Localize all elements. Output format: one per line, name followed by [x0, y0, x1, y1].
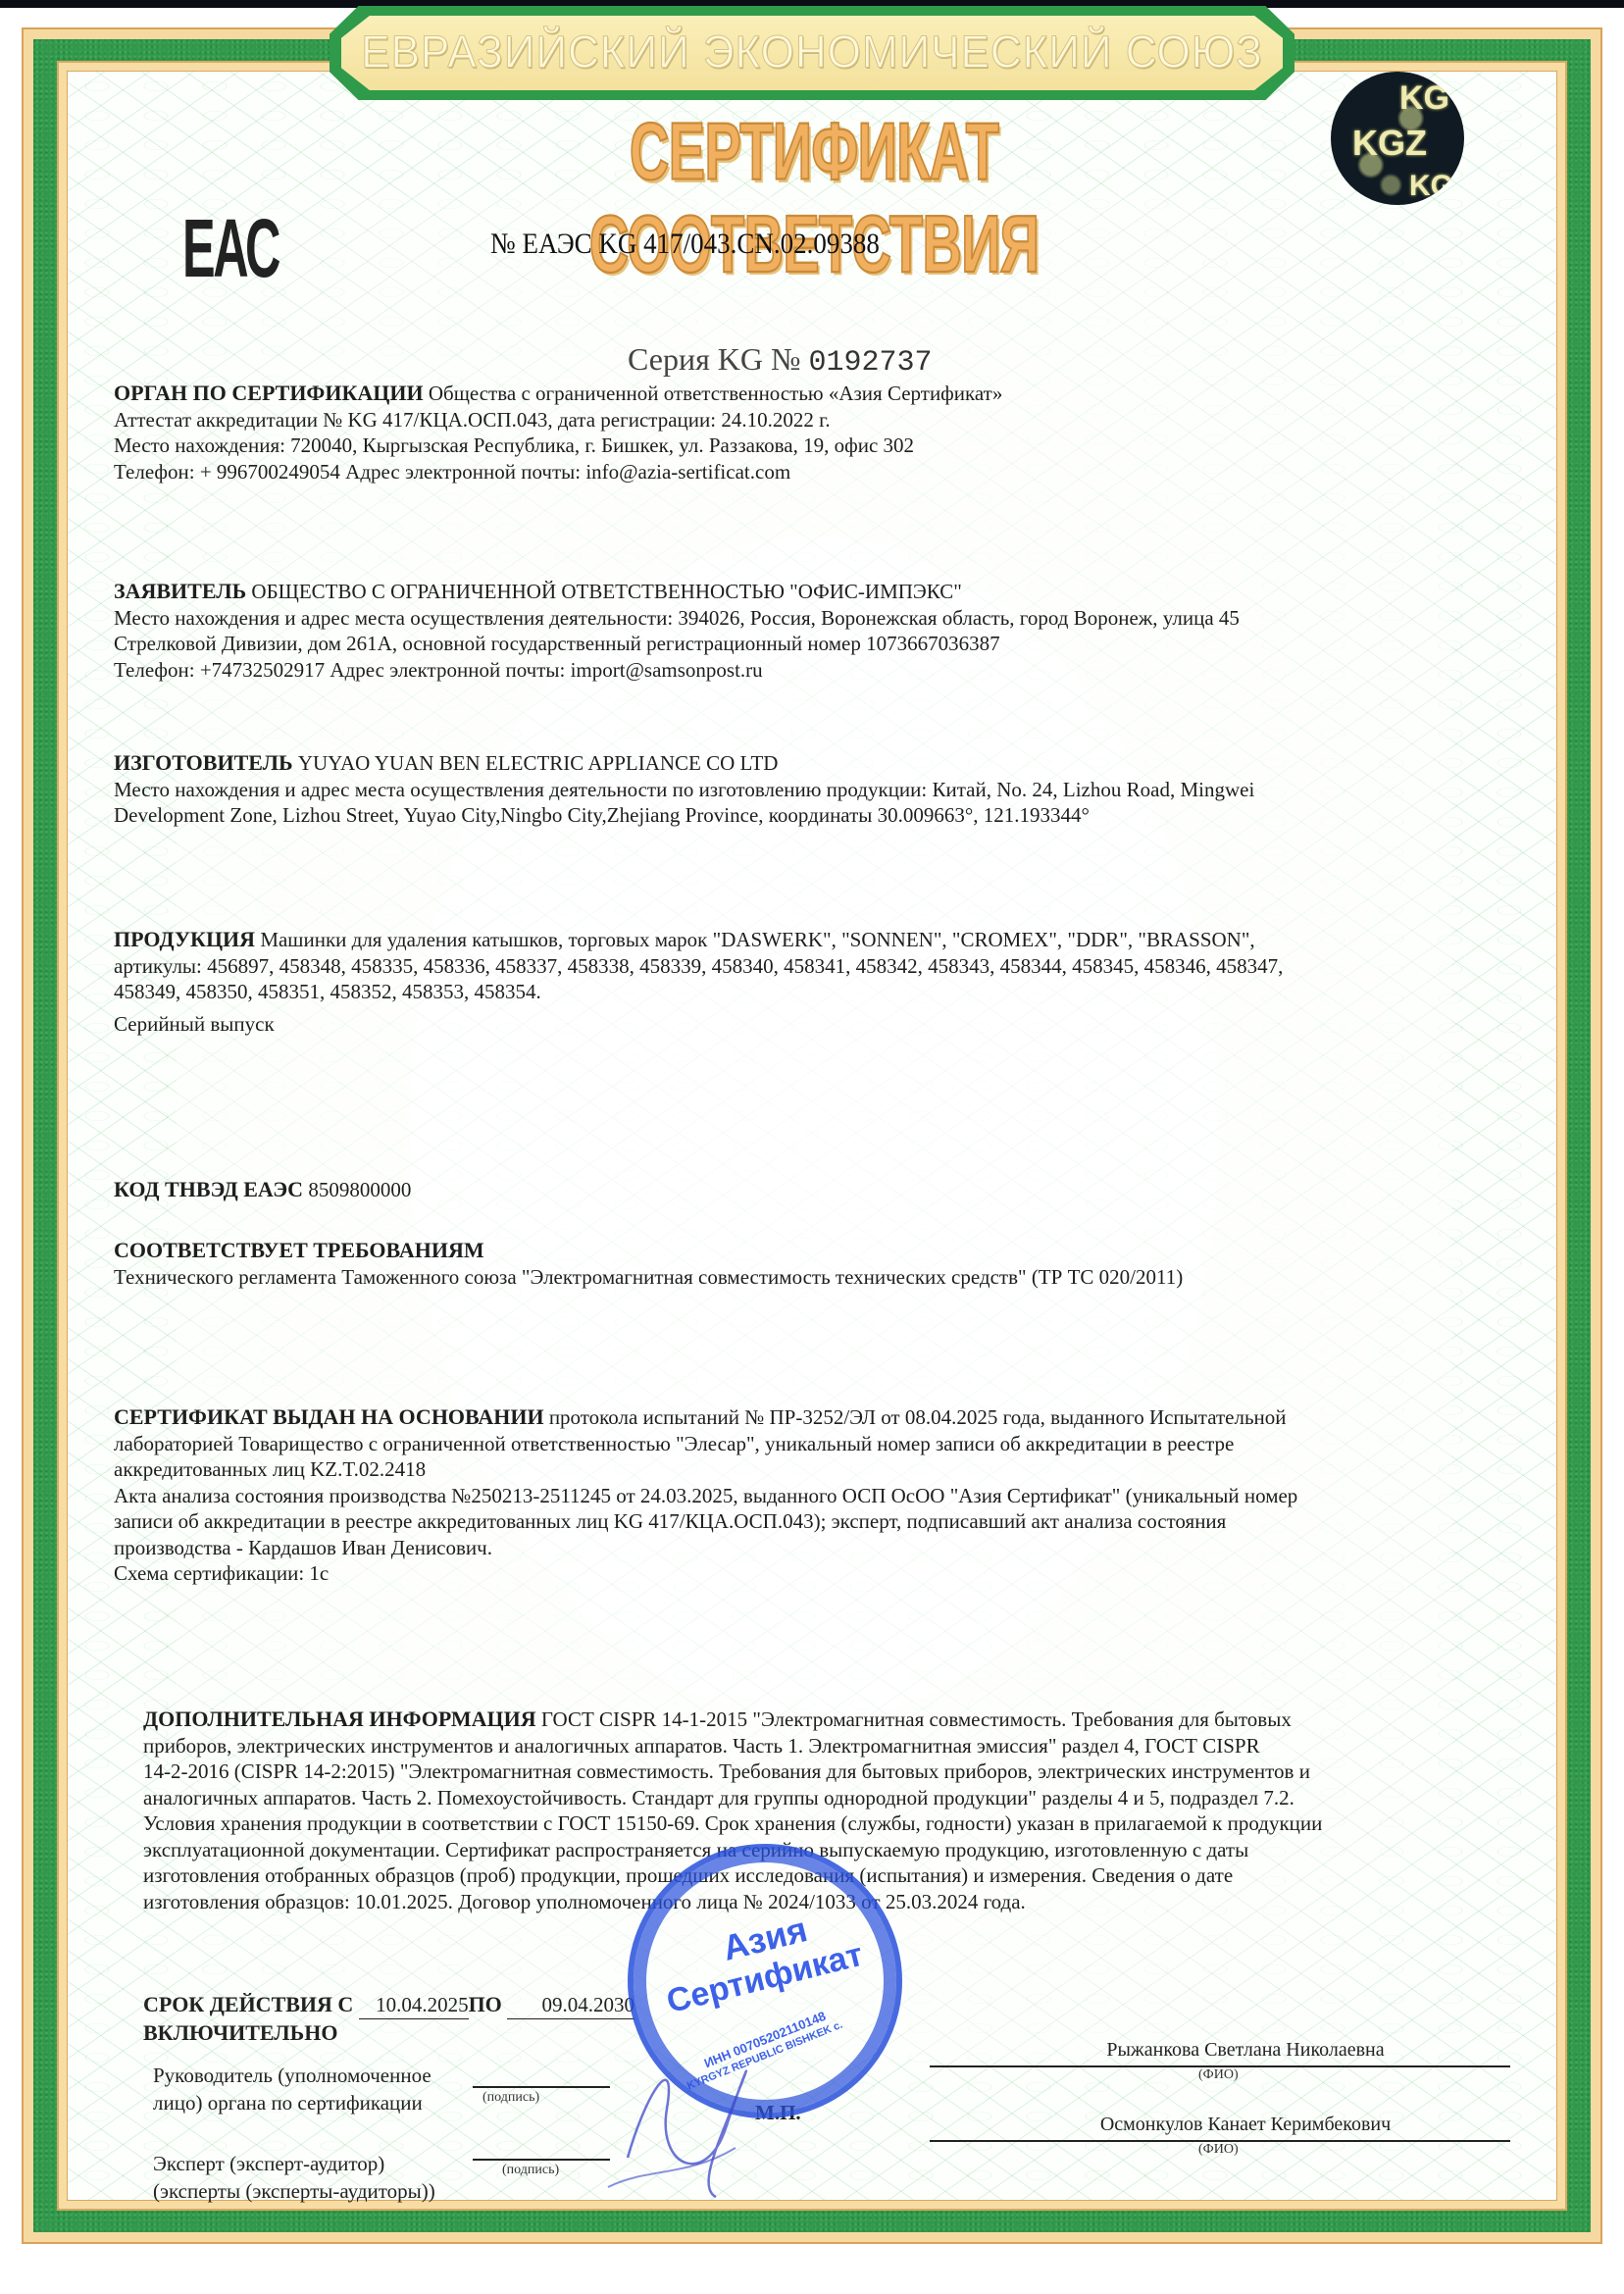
section-text: производства - Кардашов Иван Денисович.: [114, 1535, 1536, 1561]
signature-caption: (подпись): [482, 2090, 539, 2106]
product-section: ПРОДУКЦИЯ Машинки для удаления катышков,…: [114, 927, 1536, 1037]
section-text: 14-2-2016 (CISPR 14-2:2015) "Электромагн…: [143, 1759, 1565, 1785]
section-text: Аттестат аккредитации № KG 417/КЦА.ОСП.0…: [114, 407, 1536, 433]
section-text: Технического регламента Таможенного союз…: [114, 1264, 1536, 1291]
section-label: ПРОДУКЦИЯ: [114, 927, 255, 951]
validity-date-to: 09.04.2030: [507, 1991, 634, 2019]
signature-line: [473, 2086, 610, 2088]
applicant-section: ЗАЯВИТЕЛЬ ОБЩЕСТВО С ОГРАНИЧЕННОЙ ОТВЕТС…: [114, 579, 1536, 683]
section-label: ЗАЯВИТЕЛЬ: [114, 579, 246, 603]
section-text: 458349, 458350, 458351, 458352, 458353, …: [114, 979, 1536, 1005]
conformity-section: СООТВЕТСТВУЕТ ТРЕБОВАНИЯМ Технического р…: [114, 1238, 1536, 1290]
document-title: СЕРТИФИКАТ СООТВЕТСТВИЯ: [500, 106, 1128, 291]
name-caption: (ФИО): [1198, 2142, 1239, 2158]
section-text: Общества с ограниченной ответственностью…: [429, 382, 1003, 405]
hologram-text: KG: [1409, 170, 1453, 203]
section-text: Телефон: +74732502917 Адрес электронной …: [114, 657, 1536, 684]
section-text: ГОСТ CISPR 14-1-2015 "Электромагнитная с…: [541, 1708, 1292, 1731]
seal-mark: М.П.: [755, 2099, 801, 2126]
section-text: Стрелковой Дивизии, дом 261А, основной г…: [114, 631, 1536, 657]
series-value: 0192737: [809, 346, 933, 380]
validity-date-from: 10.04.2025: [359, 1991, 469, 2019]
section-text: Акта анализа состояния производства №250…: [114, 1483, 1536, 1509]
section-label: КОД ТНВЭД ЕАЭС: [114, 1177, 303, 1201]
validity-from-label: СРОК ДЕЙСТВИЯ С: [143, 1992, 353, 2016]
role-text: Руководитель (уполномоченное: [153, 2062, 431, 2089]
section-text: аналогичных аппаратов. Часть 2. Помехоус…: [143, 1785, 1565, 1811]
head-role: Руководитель (уполномоченное лицо) орган…: [153, 2062, 431, 2116]
expert-name: Осмонкулов Канает Керимбекович: [1049, 2111, 1442, 2138]
section-label: ИЗГОТОВИТЕЛЬ: [114, 750, 293, 775]
manufacturer-section: ИЗГОТОВИТЕЛЬ YUYAO YUAN BEN ELECTRIC APP…: [114, 750, 1536, 829]
section-text: Место нахождения и адрес места осуществл…: [114, 777, 1536, 803]
hologram-text: KG: [1399, 79, 1449, 118]
section-text: ОБЩЕСТВО С ОГРАНИЧЕННОЙ ОТВЕТСТВЕННОСТЬЮ…: [251, 580, 961, 603]
union-banner: ЕВРАЗИЙСКИЙ ЭКОНОМИЧЕСКИЙ СОЮЗ: [341, 16, 1283, 90]
validity-to-label: ПО: [469, 1992, 502, 2016]
section-text: артикулы: 456897, 458348, 458335, 458336…: [114, 953, 1536, 980]
validity-inclusive-label: ВКЛЮЧИТЕЛЬНО: [143, 2019, 634, 2047]
signature-caption: (подпись): [502, 2163, 559, 2178]
section-text: Телефон: + 996700249054 Адрес электронно…: [114, 459, 1536, 485]
hologram-text: KGZ: [1352, 123, 1427, 164]
section-text: Development Zone, Lizhou Street, Yuyao C…: [114, 802, 1536, 829]
name-caption: (ФИО): [1198, 2067, 1239, 2083]
section-text: лабораторией Товарищество с ограниченной…: [114, 1431, 1536, 1457]
series-label: Серия KG №: [628, 341, 801, 377]
section-text: аккредитованных лиц KZ.T.02.2418: [114, 1456, 1536, 1483]
expert-role: Эксперт (эксперт-аудитор) (эксперты (экс…: [153, 2150, 435, 2205]
head-name: Рыжанкова Светлана Николаевна: [1049, 2036, 1442, 2064]
role-text: лицо) органа по сертификации: [153, 2089, 431, 2116]
role-text: (эксперты (эксперты-аудиторы)): [153, 2177, 435, 2205]
section-label: СЕРТИФИКАТ ВЫДАН НА ОСНОВАНИИ: [114, 1404, 544, 1429]
certification-body-section: ОРГАН ПО СЕРТИФИКАЦИИ Общества с огранич…: [114, 381, 1536, 484]
section-text: эксплуатационной документации. Сертифика…: [143, 1837, 1565, 1863]
hs-code-value: 8509800000: [308, 1178, 411, 1201]
section-label: СООТВЕТСТВУЕТ ТРЕБОВАНИЯМ: [114, 1238, 484, 1262]
section-text: изготовления образцов: 10.01.2025. Догов…: [143, 1889, 1565, 1915]
hologram-sticker-icon: KG KGZ KG: [1331, 72, 1464, 205]
section-label: ОРГАН ПО СЕРТИФИКАЦИИ: [114, 381, 424, 405]
eac-mark-icon: ЕАС: [182, 201, 235, 295]
section-text: протокола испытаний № ПР-3252/ЭЛ от 08.0…: [549, 1405, 1287, 1429]
section-text: Схема сертификации: 1с: [114, 1560, 1536, 1587]
validity-period: СРОК ДЕЙСТВИЯ С 10.04.2025ПО 09.04.2030 …: [143, 1991, 634, 2047]
section-text: Место нахождения и адрес места осуществл…: [114, 605, 1536, 632]
hs-code-section: КОД ТНВЭД ЕАЭС 8509800000: [114, 1177, 1536, 1203]
section-text: YUYAO YUAN BEN ELECTRIC APPLIANCE CO LTD: [298, 751, 779, 775]
signature-line: [473, 2159, 610, 2161]
certificate-number: № ЕАЭС KG 417/043.CN.02.09388: [490, 228, 880, 261]
series-number: Серия KG № 0192737: [628, 341, 933, 380]
section-text: записи об аккредитации в реестре аккреди…: [114, 1508, 1536, 1535]
section-text: приборов, электрических инструментов и а…: [143, 1733, 1565, 1759]
additional-info-section: ДОПОЛНИТЕЛЬНАЯ ИНФОРМАЦИЯ ГОСТ CISPR 14-…: [143, 1707, 1565, 1914]
section-label: ДОПОЛНИТЕЛЬНАЯ ИНФОРМАЦИЯ: [143, 1707, 536, 1731]
section-text: Условия хранения продукции в соответстви…: [143, 1810, 1565, 1837]
section-text: Серийный выпуск: [114, 1011, 1536, 1038]
role-text: Эксперт (эксперт-аудитор): [153, 2150, 435, 2177]
section-text: Место нахождения: 720040, Кыргызская Рес…: [114, 433, 1536, 459]
union-name: ЕВРАЗИЙСКИЙ ЭКОНОМИЧЕСКИЙ СОЮЗ: [361, 27, 1263, 79]
basis-section: СЕРТИФИКАТ ВЫДАН НА ОСНОВАНИИ протокола …: [114, 1404, 1536, 1587]
section-text: Машинки для удаления катышков, торговых …: [260, 928, 1254, 951]
section-text: изготовления отобранных образцов (проб) …: [143, 1862, 1565, 1889]
